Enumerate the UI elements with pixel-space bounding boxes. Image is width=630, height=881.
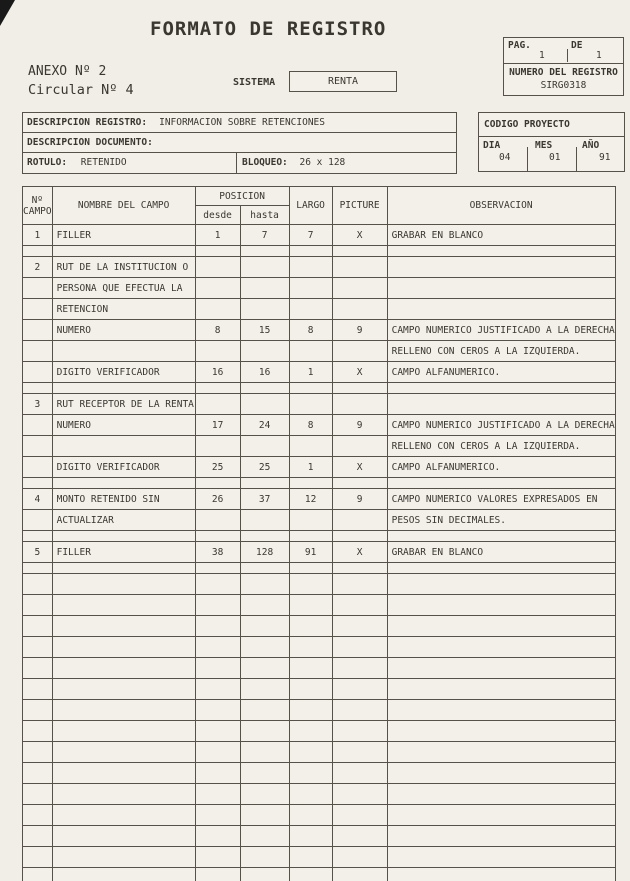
cell-largo [289,847,332,868]
cell-nombre: RETENCION [52,299,195,320]
header-no-campo: Nº CAMPO [23,187,53,225]
rotulo-label: ROTULO: [27,157,67,168]
cell-picture: X [332,362,387,383]
cell-hasta [240,246,289,257]
rotulo-bloqueo-row: ROTULO: RETENIDO BLOQUEO: 26 x 128 [23,153,456,173]
header-desde: desde [195,206,240,225]
cell-hasta [240,563,289,574]
cell-hasta [240,278,289,299]
page-number-value: 1 [539,51,545,61]
spacer-row [23,563,616,574]
date-row: DIA 04 MES 01 AÑO 91 [479,137,624,171]
cell-hasta: 16 [240,362,289,383]
cell-largo [289,763,332,784]
cell-no [23,721,53,742]
cell-picture [332,257,387,278]
cell-no [23,563,53,574]
header-hasta: hasta [240,206,289,225]
cell-observacion [387,763,615,784]
pag-label: PAG. [508,41,531,51]
header-picture: PICTURE [332,187,387,225]
cell-desde [195,299,240,320]
empty-row [23,742,616,763]
cell-hasta [240,574,289,595]
cell-desde [195,246,240,257]
cell-no [23,826,53,847]
cell-no: 2 [23,257,53,278]
cell-largo [289,246,332,257]
cell-picture: 9 [332,489,387,510]
cell-nombre [52,700,195,721]
cell-observacion: GRABAR EN BLANCO [387,542,615,563]
cell-observacion [387,742,615,763]
cell-largo [289,805,332,826]
cell-observacion [387,383,615,394]
registro-value: SIRG0318 [504,81,623,91]
cell-nombre [52,637,195,658]
cell-largo [289,531,332,542]
cell-nombre [52,436,195,457]
cell-desde [195,278,240,299]
cell-no [23,299,53,320]
cell-nombre [52,246,195,257]
cell-picture: X [332,225,387,246]
cell-no: 1 [23,225,53,246]
cell-picture: 9 [332,320,387,341]
cell-nombre [52,341,195,362]
cell-no [23,742,53,763]
cell-hasta [240,721,289,742]
cell-largo [289,299,332,320]
cell-observacion [387,563,615,574]
empty-row [23,658,616,679]
cell-no [23,531,53,542]
cell-desde [195,784,240,805]
empty-row [23,721,616,742]
cell-desde [195,721,240,742]
cell-desde [195,510,240,531]
ano-value: 91 [599,152,610,163]
cell-hasta [240,394,289,415]
cell-observacion [387,658,615,679]
table-row: 3RUT RECEPTOR DE LA RENTA [23,394,616,415]
cell-observacion [387,616,615,637]
cell-largo [289,742,332,763]
cell-largo [289,658,332,679]
cell-hasta: 37 [240,489,289,510]
cell-picture [332,531,387,542]
cell-largo [289,341,332,362]
cell-largo [289,784,332,805]
cell-picture [332,436,387,457]
registro-label: NUMERO DEL REGISTRO [504,68,623,78]
cell-nombre [52,826,195,847]
rotulo-cell: ROTULO: RETENIDO [23,153,237,173]
page-number-box: PAG. DE 1 1 [503,37,624,64]
cell-desde [195,595,240,616]
cell-nombre: RUT RECEPTOR DE LA RENTA [52,394,195,415]
spacer-row [23,478,616,489]
cell-desde [195,478,240,489]
cell-nombre [52,658,195,679]
pag-divider [567,49,568,62]
description-block: DESCRIPCION REGISTRO:INFORMACION SOBRE R… [22,112,457,174]
cell-desde [195,637,240,658]
cell-desde [195,394,240,415]
cell-observacion: RELLENO CON CEROS A LA IZQUIERDA. [387,341,615,362]
cell-hasta: 24 [240,415,289,436]
cell-picture [332,278,387,299]
header-posicion: POSICION [195,187,289,206]
cell-desde [195,616,240,637]
cell-hasta: 15 [240,320,289,341]
cell-hasta [240,436,289,457]
cell-nombre [52,805,195,826]
cell-picture [332,563,387,574]
cell-observacion [387,478,615,489]
cell-picture [332,478,387,489]
cell-observacion [387,868,615,881]
descripcion-registro-value: INFORMACION SOBRE RETENCIONES [159,117,325,128]
cell-observacion [387,595,615,616]
scan-corner-artifact [0,0,15,26]
cell-no: 4 [23,489,53,510]
cell-hasta [240,637,289,658]
cell-observacion: CAMPO NUMERICO VALORES EXPRESADOS EN [387,489,615,510]
cell-nombre: ACTUALIZAR [52,510,195,531]
cell-desde: 38 [195,542,240,563]
cell-picture [332,847,387,868]
cell-hasta [240,531,289,542]
cell-largo [289,510,332,531]
dia-label: DIA [483,140,500,151]
cell-hasta [240,595,289,616]
cell-picture [332,658,387,679]
cell-nombre [52,742,195,763]
cell-picture [332,383,387,394]
dia-mes-divider [527,147,528,171]
cell-nombre: NUMERO [52,320,195,341]
descripcion-documento-label: DESCRIPCION DOCUMENTO: [27,137,153,148]
cell-nombre [52,383,195,394]
cell-largo [289,637,332,658]
de-label: DE [571,41,582,51]
cell-largo: 8 [289,320,332,341]
empty-row [23,574,616,595]
cell-picture [332,868,387,881]
descripcion-registro-row: DESCRIPCION REGISTRO:INFORMACION SOBRE R… [23,113,456,133]
cell-desde [195,531,240,542]
cell-observacion: CAMPO NUMERICO JUSTIFICADO A LA DERECHA [387,415,615,436]
cell-largo [289,257,332,278]
cell-no [23,383,53,394]
table-row: ACTUALIZARPESOS SIN DECIMALES. [23,510,616,531]
cell-picture [332,595,387,616]
header-campo: CAMPO [23,206,52,217]
cell-observacion: RELLENO CON CEROS A LA IZQUIERDA. [387,436,615,457]
cell-observacion: CAMPO ALFANUMERICO. [387,457,615,478]
cell-nombre [52,721,195,742]
cell-largo [289,721,332,742]
cell-largo [289,478,332,489]
table-row: 1FILLER177XGRABAR EN BLANCO [23,225,616,246]
cell-no [23,362,53,383]
cell-picture [332,394,387,415]
cell-no [23,847,53,868]
cell-picture [332,805,387,826]
cell-largo: 7 [289,225,332,246]
empty-row [23,637,616,658]
cell-no [23,868,53,881]
empty-row [23,679,616,700]
cell-hasta [240,257,289,278]
cell-hasta [240,742,289,763]
circular-label: Circular Nº 4 [28,82,134,98]
header-nombre: NOMBRE DEL CAMPO [52,187,195,225]
cell-observacion [387,784,615,805]
sistema-label: SISTEMA [233,77,275,88]
cell-picture [332,246,387,257]
cell-hasta [240,299,289,320]
sistema-value: RENTA [328,76,358,87]
cell-hasta [240,847,289,868]
cell-no [23,679,53,700]
cell-no [23,658,53,679]
cell-nombre: MONTO RETENIDO SIN [52,489,195,510]
bloqueo-label: BLOQUEO: [242,157,288,168]
table-row: NUMERO81589CAMPO NUMERICO JUSTIFICADO A … [23,320,616,341]
cell-nombre [52,847,195,868]
cell-desde: 16 [195,362,240,383]
cell-picture: 9 [332,415,387,436]
cell-desde: 17 [195,415,240,436]
cell-nombre: NUMERO [52,415,195,436]
cell-largo [289,436,332,457]
descripcion-registro-label: DESCRIPCION REGISTRO: [27,117,147,128]
cell-nombre: DIGITO VERIFICADOR [52,457,195,478]
cell-desde [195,563,240,574]
cell-desde [195,574,240,595]
page-title: FORMATO DE REGISTRO [150,18,386,40]
cell-picture [332,784,387,805]
field-table: Nº CAMPO NOMBRE DEL CAMPO POSICION LARGO… [22,186,616,881]
cell-hasta [240,763,289,784]
table-row: DIGITO VERIFICADOR16161XCAMPO ALFANUMERI… [23,362,616,383]
cell-largo: 12 [289,489,332,510]
cell-picture [332,700,387,721]
cell-largo [289,563,332,574]
cell-picture [332,299,387,320]
cell-desde [195,826,240,847]
cell-hasta [240,658,289,679]
cell-hasta [240,784,289,805]
table-row: DIGITO VERIFICADOR25251XCAMPO ALFANUMERI… [23,457,616,478]
cell-no [23,341,53,362]
cell-observacion: CAMPO ALFANUMERICO. [387,362,615,383]
dia-value: 04 [499,152,510,163]
cell-observacion [387,257,615,278]
cell-nombre: FILLER [52,542,195,563]
sistema-value-box: RENTA [289,71,397,92]
cell-hasta [240,679,289,700]
project-code-block: CODIGO PROYECTO DIA 04 MES 01 AÑO 91 [478,112,625,172]
cell-no: 3 [23,394,53,415]
cell-no [23,637,53,658]
empty-row [23,700,616,721]
cell-largo [289,394,332,415]
cell-desde [195,742,240,763]
cell-desde [195,257,240,278]
cell-desde [195,679,240,700]
mes-ano-divider [576,147,577,171]
table-row: NUMERO172489CAMPO NUMERICO JUSTIFICADO A… [23,415,616,436]
table-row: PERSONA QUE EFECTUA LA [23,278,616,299]
cell-picture [332,826,387,847]
registro-number-box: NUMERO DEL REGISTRO SIRG0318 [503,63,624,96]
cell-largo: 91 [289,542,332,563]
cell-no [23,574,53,595]
cell-nombre [52,478,195,489]
cell-desde: 26 [195,489,240,510]
cell-largo [289,700,332,721]
cell-hasta [240,700,289,721]
cell-nombre [52,574,195,595]
cell-nombre [52,679,195,700]
cell-nombre [52,868,195,881]
table-row: RELLENO CON CEROS A LA IZQUIERDA. [23,341,616,362]
cell-largo [289,868,332,881]
cell-hasta: 25 [240,457,289,478]
cell-observacion [387,246,615,257]
cell-no: 5 [23,542,53,563]
codigo-proyecto-label: CODIGO PROYECTO [479,113,624,137]
cell-nombre: RUT DE LA INSTITUCION O [52,257,195,278]
cell-picture [332,721,387,742]
cell-picture [332,763,387,784]
cell-hasta [240,805,289,826]
cell-hasta [240,383,289,394]
scanned-form-page: { "page": { "title": "FORMATO DE REGISTR… [0,0,630,881]
cell-picture [332,742,387,763]
cell-largo [289,826,332,847]
cell-observacion [387,700,615,721]
descripcion-documento-row: DESCRIPCION DOCUMENTO: [23,133,456,153]
cell-hasta [240,510,289,531]
rotulo-value: RETENIDO [81,157,127,168]
cell-hasta [240,478,289,489]
table-row: 5FILLER3812891XGRABAR EN BLANCO [23,542,616,563]
cell-largo: 1 [289,457,332,478]
empty-row [23,616,616,637]
cell-no [23,246,53,257]
cell-largo [289,278,332,299]
empty-row [23,763,616,784]
cell-picture: X [332,542,387,563]
cell-desde [195,847,240,868]
cell-nombre: PERSONA QUE EFECTUA LA [52,278,195,299]
cell-largo [289,616,332,637]
ano-label: AÑO [582,140,599,151]
spacer-row [23,383,616,394]
header-no: Nº [23,195,52,206]
cell-observacion [387,721,615,742]
cell-desde [195,700,240,721]
spacer-row [23,531,616,542]
cell-desde [195,805,240,826]
cell-hasta [240,616,289,637]
cell-largo [289,574,332,595]
empty-row [23,805,616,826]
cell-nombre [52,784,195,805]
cell-no [23,595,53,616]
cell-picture [332,616,387,637]
cell-observacion [387,574,615,595]
anexo-label: ANEXO Nº 2 [28,64,106,79]
cell-picture [332,510,387,531]
mes-label: MES [535,140,552,151]
spacer-row [23,246,616,257]
header-observacion: OBSERVACION [387,187,615,225]
table-row: RETENCION [23,299,616,320]
cell-largo [289,383,332,394]
cell-no [23,700,53,721]
cell-desde [195,868,240,881]
bloqueo-value: 26 x 128 [300,157,346,168]
cell-hasta [240,826,289,847]
cell-nombre: DIGITO VERIFICADOR [52,362,195,383]
cell-largo [289,595,332,616]
cell-picture: X [332,457,387,478]
cell-observacion [387,299,615,320]
field-table-body: 1FILLER177XGRABAR EN BLANCO2RUT DE LA IN… [23,225,616,881]
cell-nombre [52,616,195,637]
cell-picture [332,574,387,595]
cell-hasta [240,868,289,881]
cell-observacion: PESOS SIN DECIMALES. [387,510,615,531]
header-largo: LARGO [289,187,332,225]
cell-no [23,478,53,489]
cell-no [23,784,53,805]
cell-picture [332,637,387,658]
cell-nombre [52,563,195,574]
cell-observacion [387,394,615,415]
cell-observacion [387,847,615,868]
cell-desde [195,763,240,784]
cell-no [23,415,53,436]
cell-no [23,763,53,784]
cell-hasta: 7 [240,225,289,246]
cell-nombre [52,531,195,542]
cell-desde [195,436,240,457]
mes-value: 01 [549,152,560,163]
cell-no [23,510,53,531]
empty-row [23,868,616,881]
cell-desde [195,658,240,679]
cell-desde: 1 [195,225,240,246]
cell-observacion [387,531,615,542]
empty-row [23,784,616,805]
cell-no [23,805,53,826]
table-row: 4MONTO RETENIDO SIN2637129CAMPO NUMERICO… [23,489,616,510]
cell-nombre [52,595,195,616]
cell-desde [195,383,240,394]
bloqueo-cell: BLOQUEO: 26 x 128 [237,153,456,173]
cell-desde: 25 [195,457,240,478]
cell-observacion [387,637,615,658]
cell-no [23,436,53,457]
cell-observacion [387,679,615,700]
empty-row [23,826,616,847]
